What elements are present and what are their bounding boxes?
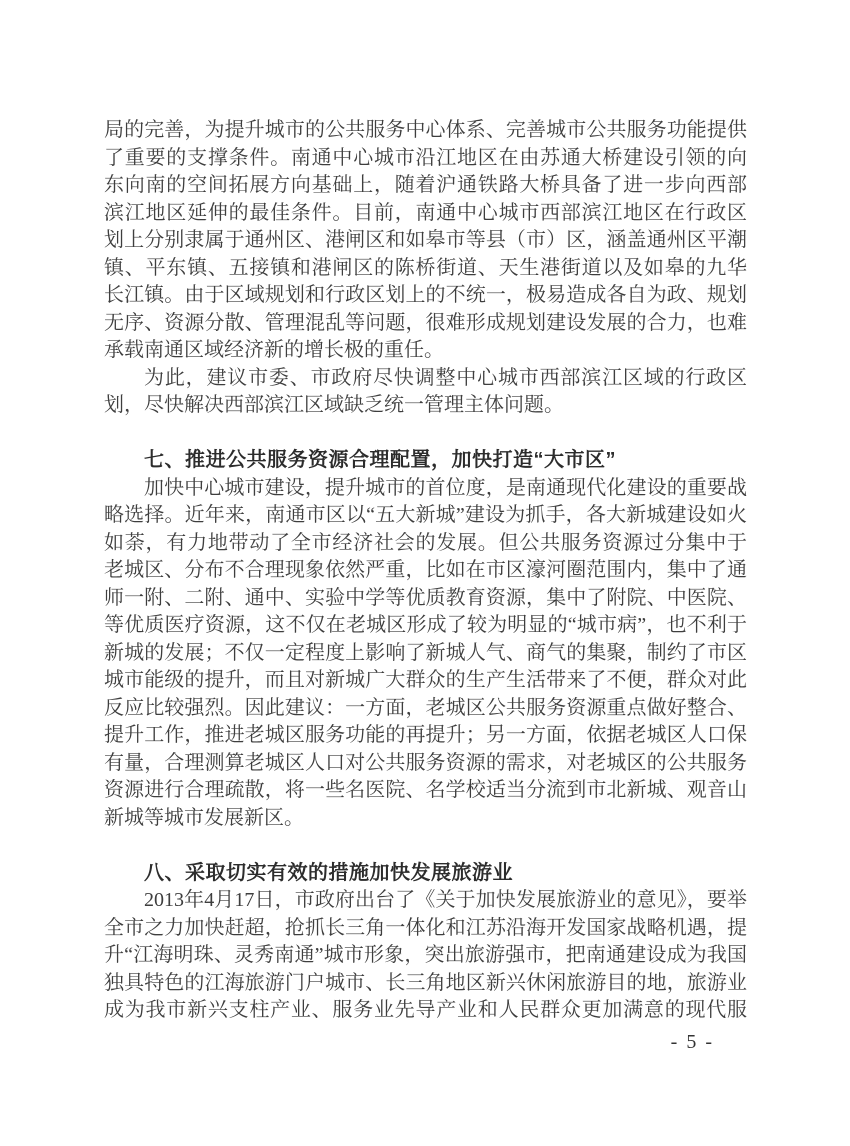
- text-line: 全市之力加快赶超，抢抓长三角一体化和江苏沿海开发国家战略机遇，提: [104, 915, 747, 943]
- text-line: 师一附、二附、通中、实验中学等优质教育资源，集中了附院、中医院、三院: [104, 585, 747, 613]
- text-line: 加快中心城市建设，提升城市的首位度，是南通现代化建设的重要战: [104, 475, 747, 503]
- text-line: 镇、平东镇、五接镇和港闸区的陈桥街道、天生港街道以及如皋的九华镇、: [104, 255, 747, 283]
- text-line: 升“江海明珠、灵秀南通”城市形象，突出旅游强市，把南通建设成为我国: [104, 942, 747, 970]
- text-line: 无序、资源分散、管理混乱等问题，很难形成规划建设发展的合力，也难以: [104, 310, 747, 338]
- page-number: - 5 -: [671, 1031, 714, 1053]
- text-line: 独具特色的江海旅游门户城市、长三角地区新兴休闲旅游目的地，旅游业: [104, 970, 747, 998]
- text-line: 长江镇。由于区域规划和行政区划上的不统一，极易造成各自为政、规划: [104, 282, 747, 310]
- text-line: 滨江地区延伸的最佳条件。目前，南通中心城市西部滨江地区在行政区: [104, 200, 747, 228]
- text-line: 承载南通区域经济新的增长极的重任。: [104, 337, 747, 365]
- text-line: 有量，合理测算老城区人口对公共服务资源的需求，对老城区的公共服务: [104, 750, 747, 778]
- text-line: 成为我市新兴支柱产业、服务业先导产业和人民群众更加满意的现代服: [104, 997, 747, 1025]
- text-line: 2013年4月17日，市政府出台了《关于加快发展旅游业的意见》，要举: [104, 887, 747, 915]
- document-page: 局的完善，为提升城市的公共服务中心体系、完善城市公共服务功能提供了重要的支撑条件…: [0, 0, 850, 1146]
- text-line: 为此，建议市委、市政府尽快调整中心城市西部滨江区域的行政区: [104, 365, 747, 393]
- text-line: 如荼，有力地带动了全市经济社会的发展。但公共服务资源过分集中于: [104, 530, 747, 558]
- text-line: 了重要的支撑条件。南通中心城市沿江地区在由苏通大桥建设引领的向: [104, 145, 747, 173]
- text-line: 资源进行合理疏散，将一些名医院、名学校适当分流到市北新城、观音山: [104, 777, 747, 805]
- text-line: 反应比较强烈。因此建议：一方面，老城区公共服务资源重点做好整合、: [104, 695, 747, 723]
- section-heading: 七、推进公共服务资源合理配置，加快打造“大市区”: [104, 447, 747, 475]
- text-line: 东向南的空间拓展方向基础上，随着沪通铁路大桥具备了进一步向西部: [104, 172, 747, 200]
- section-heading: 八、采取切实有效的措施加快发展旅游业: [104, 860, 747, 888]
- text-line: 划，尽快解决西部滨江区域缺乏统一管理主体问题。: [104, 392, 747, 420]
- text-line: 提升工作，推进老城区服务功能的再提升；另一方面，依据老城区人口保: [104, 722, 747, 750]
- text-line: 等优质医疗资源，这不仅在老城区形成了较为明显的“城市病”，也不利于: [104, 612, 747, 640]
- text-line: 略选择。近年来，南通市区以“五大新城”建设为抓手，各大新城建设如火: [104, 502, 747, 530]
- text-line: 局的完善，为提升城市的公共服务中心体系、完善城市公共服务功能提供: [104, 117, 747, 145]
- page-footer: - 5 -: [104, 1031, 747, 1054]
- text-line: 新城的发展；不仅一定程度上影响了新城人气、商气的集聚，制约了市区: [104, 640, 747, 668]
- text-line: 城市能级的提升，而且对新城广大群众的生产生活带来了不便，群众对此: [104, 667, 747, 695]
- text-line: 划上分别隶属于通州区、港闸区和如皋市等县（市）区，涵盖通州区平潮: [104, 227, 747, 255]
- document-body: 局的完善，为提升城市的公共服务中心体系、完善城市公共服务功能提供了重要的支撑条件…: [104, 117, 747, 1025]
- text-line: 老城区、分布不合理现象依然严重，比如在市区濠河圈范围内，集中了通: [104, 557, 747, 585]
- text-line: 新城等城市发展新区。: [104, 805, 747, 833]
